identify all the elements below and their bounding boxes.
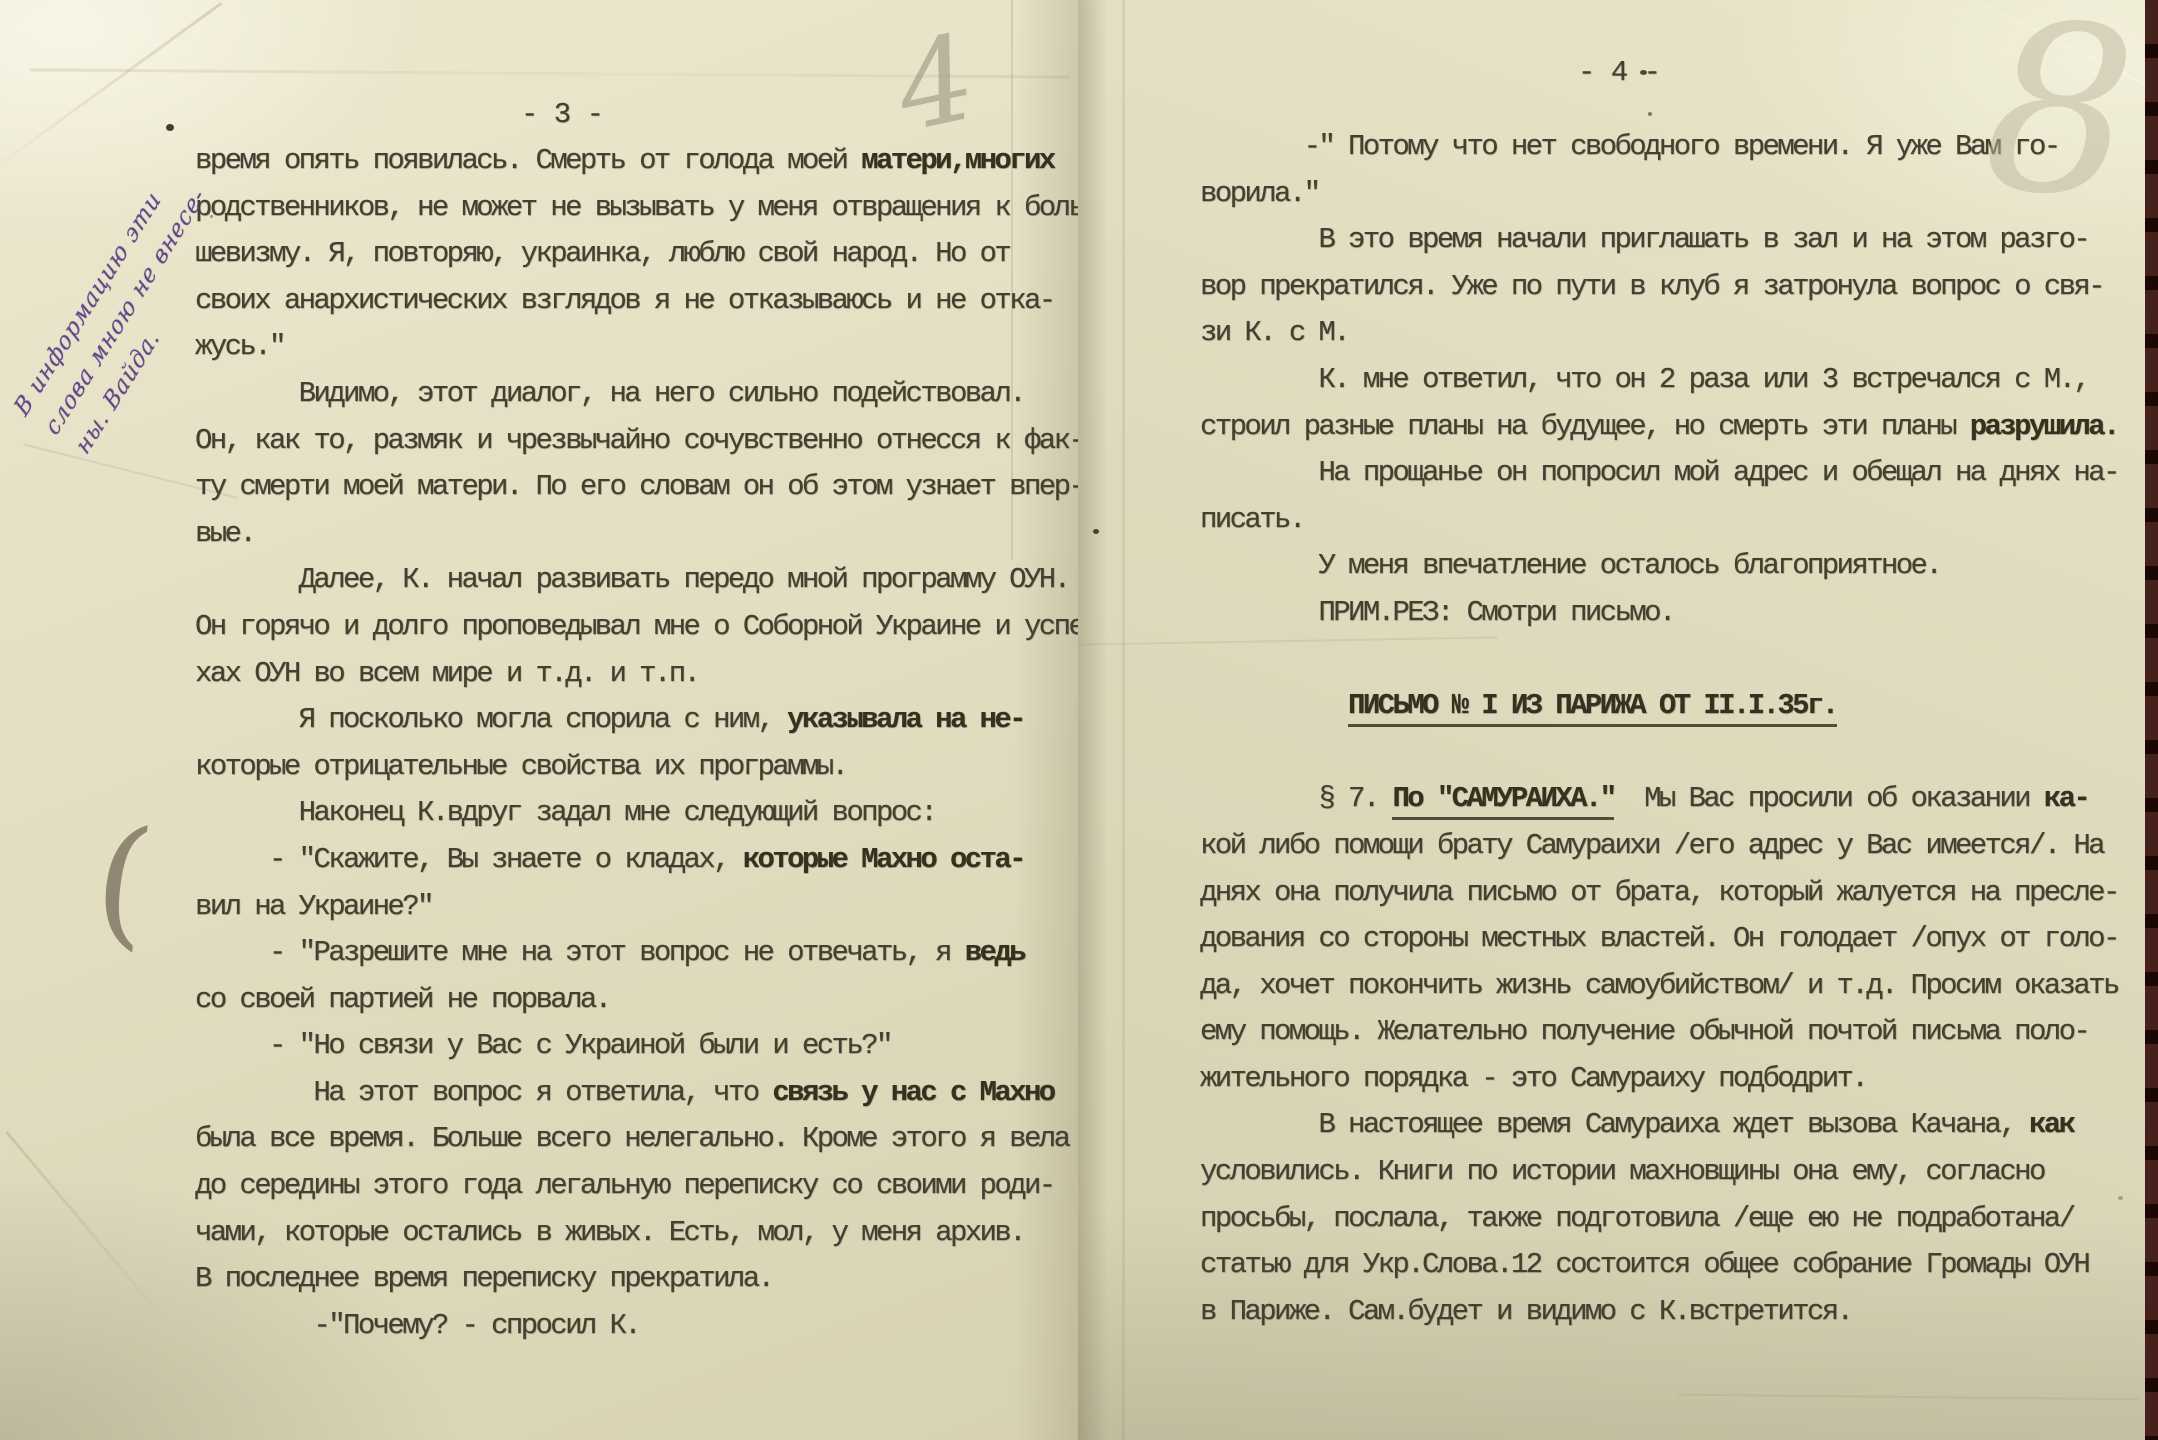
typed-text: просьбы, послала, также подготовила /еще… (1200, 1202, 2073, 1235)
typed-text: зи К. с М. (1200, 316, 1348, 349)
typed-text: ту смерти моей матери. По его словам он … (195, 470, 1078, 503)
typed-text: хах ОУН во всем мире и т.д. и т.п. (195, 657, 698, 690)
typed-text: На этот вопрос я ответила, что (195, 1076, 772, 1109)
typed-line: хах ОУН во всем мире и т.д. и т.п. (195, 651, 1078, 698)
typed-text: статью для Укр.Слова.12 состоится общее … (1200, 1248, 2088, 1281)
typed-line: - "Разрешите мне на этот вопрос не отвеч… (195, 930, 1078, 977)
typed-line: У меня впечатление осталось благоприятно… (1200, 543, 2118, 590)
typed-text: -" Потому что нет свободного времени. Я … (1200, 130, 2059, 163)
typed-text: В настоящее время Самураиха ждет вызова … (1200, 1108, 2029, 1141)
paper-crease (5, 1131, 174, 1332)
typed-text: которые отрицательные свойства их програ… (195, 750, 846, 783)
typed-text: В это время начали приглашать в зал и на… (1200, 223, 2088, 256)
page-number: - 4 - (1578, 50, 1660, 97)
typed-text: в Париже. Сам.будет и видимо с К.встрети… (1200, 1295, 1851, 1328)
typed-text: да, хочет покончить жизнь самоубийством/… (1200, 969, 2118, 1002)
typed-line: время опять появилась. Смерть от голода … (195, 138, 1078, 185)
typed-text: На прощанье он попросил мой адрес и обещ… (1200, 456, 2118, 489)
typed-line: родственников, не может не вызывать у ме… (195, 185, 1078, 232)
typed-line: В настоящее время Самураиха ждет вызова … (1200, 1102, 2118, 1149)
typed-text (1200, 643, 1215, 676)
typed-text: В последнее время переписку прекратила. (195, 1262, 772, 1295)
bold-typed-text: которые Махно оста- (743, 843, 1024, 876)
paper-speck (1093, 529, 1099, 534)
typed-text: § 7. (1200, 782, 1392, 815)
typed-line: жусь." (195, 324, 1078, 371)
typed-text: жительного порядка - это Самураиху подбо… (1200, 1062, 1866, 1095)
typed-line: На этот вопрос я ответила, что связь у н… (195, 1070, 1078, 1117)
typed-line: писать. (1200, 497, 2118, 544)
typed-text: до середины этого года легальную перепис… (195, 1169, 1054, 1202)
page-number: - 3 - (521, 92, 603, 139)
typed-line: шевизму. Я, повторяю, украинка, люблю св… (195, 231, 1078, 278)
typed-line: § 7. По "САМУРАИХА." Мы Вас просили об о… (1200, 776, 2118, 823)
bold-typed-text: разрушила. (1970, 410, 2118, 443)
typed-text: была все время. Больше всего нелегально.… (195, 1122, 1068, 1155)
typed-line: На прощанье он попросил мой адрес и обещ… (1200, 450, 2118, 497)
pencil-bracket-mark: ( (86, 797, 160, 965)
paper-speck (166, 124, 174, 131)
typed-text: Он горячо и долго проповедывал мне о Соб… (195, 610, 1078, 643)
typed-line: днях она получила письмо от брата, котор… (1200, 870, 2118, 917)
typed-line: ворила." (1200, 171, 2118, 218)
typed-line: Видимо, этот диалог, на него сильно поде… (195, 371, 1078, 418)
typed-text: дования со стороны местных властей. Он г… (1200, 922, 2118, 955)
typed-text-block: -" Потому что нет свободного времени. Я … (1200, 124, 2118, 1335)
typed-text-block: время опять появилась. Смерть от голода … (195, 138, 1078, 1349)
typed-line: со своей партией не порвала. (195, 977, 1078, 1024)
underlined-heading-text: По "САМУРАИХА." (1392, 782, 1614, 820)
typed-line: - "Скажите, Вы знаете о кладах, которые … (195, 837, 1078, 884)
typed-text: ему помощь. Желательно получение обычной… (1200, 1015, 2088, 1048)
typed-text: Я посколько могла спорила с ним, (195, 703, 787, 736)
typed-text: - "Разрешите мне на этот вопрос не отвеч… (195, 936, 965, 969)
typed-text (1200, 736, 1215, 769)
typed-line: да, хочет покончить жизнь самоубийством/… (1200, 963, 2118, 1010)
underlined-heading-text: ПИСЬМО № I ИЗ ПАРИЖА ОТ II.I.35г. (1348, 689, 1837, 727)
paper-crease (1914, 0, 2145, 113)
bold-typed-text: ка- (2044, 782, 2088, 815)
scanned-document: { "left_page": { "page_number": "- 3 -",… (0, 0, 2158, 1440)
typed-text: время опять появилась. Смерть от голода … (195, 144, 861, 177)
typed-line: Наконец К.вдруг задал мне следующий вопр… (195, 790, 1078, 837)
typed-line: была все время. Больше всего нелегально.… (195, 1116, 1078, 1163)
typed-line: чами, которые остались в живых. Есть, мо… (195, 1210, 1078, 1257)
typed-text: днях она получила письмо от брата, котор… (1200, 876, 2118, 909)
typed-text: со своей партией не порвала. (195, 983, 609, 1016)
bold-typed-text: ведь (965, 936, 1024, 969)
typed-line: В это время начали приглашать в зал и на… (1200, 217, 2118, 264)
typed-line: ПИСЬМО № I ИЗ ПАРИЖА ОТ II.I.35г. (1200, 683, 2118, 730)
typed-line: условились. Книги по истории махновщины … (1200, 1149, 2118, 1196)
typed-line: которые отрицательные свойства их програ… (195, 744, 1078, 791)
typed-text: Наконец К.вдруг задал мне следующий вопр… (195, 796, 935, 829)
typed-line: вил на Украине?" (195, 884, 1078, 931)
typed-line: жительного порядка - это Самураиху подбо… (1200, 1056, 2118, 1103)
typed-line: Далее, К. начал развивать передо мной пр… (195, 557, 1078, 604)
typed-text: писать. (1200, 503, 1304, 536)
typed-line: Он горячо и долго проповедывал мне о Соб… (195, 604, 1078, 651)
typed-text: вил на Украине?" (195, 890, 432, 923)
typed-text: К. мне ответил, что он 2 раза или 3 встр… (1200, 363, 2088, 396)
typed-line: своих анархистических взглядов я не отка… (195, 278, 1078, 325)
bold-typed-text: матери,многих (861, 144, 1053, 177)
typed-text: строил разные планы на будущее, но смерт… (1200, 410, 1970, 443)
typed-line: Он, как то, размяк и чрезвычайно сочувст… (195, 418, 1078, 465)
paper-speck (2118, 1196, 2123, 1200)
typed-text: - "Но связи у Вас с Украиной были и есть… (195, 1029, 891, 1062)
paper-crease (1122, 0, 1125, 1440)
typed-text (1200, 689, 1348, 722)
typed-line: В последнее время переписку прекратила. (195, 1256, 1078, 1303)
typed-line: Я посколько могла спорила с ним, указыва… (195, 697, 1078, 744)
typed-line (1200, 637, 2118, 684)
typed-line: дования со стороны местных властей. Он г… (1200, 916, 2118, 963)
typed-text: своих анархистических взглядов я не отка… (195, 284, 1054, 317)
typed-text: жусь." (195, 330, 284, 363)
typed-line: - "Но связи у Вас с Украиной были и есть… (195, 1023, 1078, 1070)
typed-line: строил разные планы на будущее, но смерт… (1200, 404, 2118, 451)
typed-text: условились. Книги по истории махновщины … (1200, 1155, 2044, 1188)
typed-line: -"Почему? - спросил К. (195, 1303, 1078, 1350)
bold-typed-text: как (2029, 1108, 2073, 1141)
typed-text: У меня впечатление осталось благоприятно… (1200, 549, 1940, 582)
typed-text: Мы Вас просили об оказании (1614, 782, 2043, 815)
typed-line: ПРИМ.РЕЗ: Смотри письмо. (1200, 590, 2118, 637)
typed-line: вые. (195, 511, 1078, 558)
typed-text: вор прекратился. Уже по пути в клуб я за… (1200, 270, 2103, 303)
typed-line: К. мне ответил, что он 2 раза или 3 встр… (1200, 357, 2118, 404)
paper-crease (30, 68, 1070, 78)
typed-text: кой либо помощи брату Самураихи /его адр… (1200, 829, 2103, 862)
typed-text: Далее, К. начал развивать передо мной пр… (195, 563, 1068, 596)
typed-line: в Париже. Сам.будет и видимо с К.встрети… (1200, 1289, 2118, 1336)
typed-line: ему помощь. Желательно получение обычной… (1200, 1009, 2118, 1056)
typed-line: кой либо помощи брату Самураихи /его адр… (1200, 823, 2118, 870)
typed-text: Видимо, этот диалог, на него сильно поде… (195, 377, 1024, 410)
typed-text: чами, которые остались в живых. Есть, мо… (195, 1216, 1024, 1249)
typed-line: просьбы, послала, также подготовила /еще… (1200, 1196, 2118, 1243)
typed-line: статью для Укр.Слова.12 состоится общее … (1200, 1242, 2118, 1289)
typed-text: ПРИМ.РЕЗ: Смотри письмо. (1200, 596, 1674, 629)
typed-text: -"Почему? - спросил К. (195, 1309, 639, 1342)
typed-text: - "Скажите, Вы знаете о кладах, (195, 843, 743, 876)
typed-line (1200, 730, 2118, 777)
scanned-page-4: - 4 - -" Потому что нет свободного време… (1078, 0, 2145, 1440)
typed-text: ворила." (1200, 177, 1318, 210)
scanned-page-3: - 3 - время опять появилась. Смерть от г… (0, 0, 1078, 1440)
typed-text: шевизму. Я, повторяю, украинка, люблю св… (195, 237, 1009, 270)
typed-line: -" Потому что нет свободного времени. Я … (1200, 124, 2118, 171)
typed-text: вые. (195, 517, 254, 550)
paper-crease (1678, 1394, 2138, 1401)
typed-line: зи К. с М. (1200, 310, 2118, 357)
scan-edge-strip (2145, 0, 2158, 1440)
pencil-folio-number: 4 (884, 8, 986, 159)
typed-line: вор прекратился. Уже по пути в клуб я за… (1200, 264, 2118, 311)
bold-typed-text: указывала на не- (787, 703, 1024, 736)
paper-speck (1648, 112, 1652, 116)
typed-text: родственников, не может не вызывать у ме… (195, 191, 1078, 224)
bold-typed-text: связь у нас с Махно (772, 1076, 1053, 1109)
typed-text: Он, как то, размяк и чрезвычайно сочувст… (195, 424, 1078, 457)
typed-line: ту смерти моей матери. По его словам он … (195, 464, 1078, 511)
typed-line: до середины этого года легальную перепис… (195, 1163, 1078, 1210)
